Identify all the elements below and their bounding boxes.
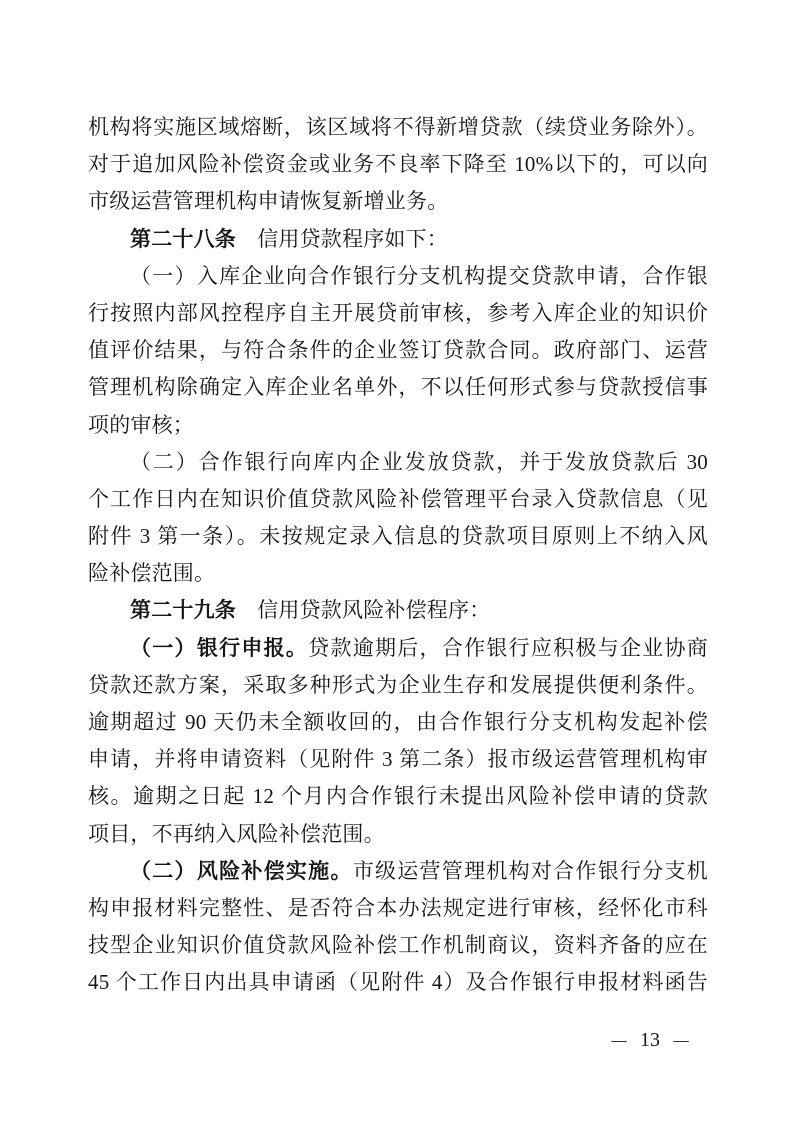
document-line: 构申报材料完整性、是否符合本办法规定进行审核，经怀化市科 bbox=[88, 890, 708, 927]
line-text: 信用贷款程序如下： bbox=[236, 227, 448, 251]
line-text: 45 个工作日内出具申请函（见附件 4）及合作银行申报材料函告 bbox=[88, 970, 708, 994]
article-heading-line: 第二十八条 信用贷款程序如下： bbox=[88, 221, 708, 258]
document-line: 技型企业知识价值贷款风险补偿工作机制商议，资料齐备的应在 bbox=[88, 927, 708, 964]
line-text: 逾期超过 90 天仍未全额收回的，由合作银行分支机构发起补偿 bbox=[88, 710, 708, 734]
document-line: 项目，不再纳入风险补偿范围。 bbox=[88, 816, 708, 853]
line-text: 核。逾期之日起 12 个月内合作银行未提出风险补偿申请的贷款 bbox=[88, 784, 708, 808]
document-line: （一）银行申报。贷款逾期后，合作银行应积极与企业协商 bbox=[88, 630, 708, 667]
document-line: 险补偿范围。 bbox=[88, 555, 708, 592]
document-line: 逾期超过 90 天仍未全额收回的，由合作银行分支机构发起补偿 bbox=[88, 704, 708, 741]
document-line: 对于追加风险补偿资金或业务不良率下降至 10%以下的，可以向 bbox=[88, 146, 708, 183]
line-text: 贷款还款方案，采取多种形式为企业生存和发展提供便利条件。 bbox=[88, 673, 708, 697]
document-line: 贷款还款方案，采取多种形式为企业生存和发展提供便利条件。 bbox=[88, 667, 708, 704]
line-text: 技型企业知识价值贷款风险补偿工作机制商议，资料齐备的应在 bbox=[88, 933, 708, 957]
line-text: 项的审核； bbox=[88, 413, 194, 437]
line-text: 市级运营管理机构对合作银行分支机 bbox=[353, 859, 708, 883]
document-body: 机构将实施区域熔断，该区域将不得新增贷款（续贷业务除外）。对于追加风险补偿资金或… bbox=[88, 109, 708, 1002]
line-text: 管理机构除确定入库企业名单外，不以任何形式参与贷款授信事 bbox=[88, 375, 708, 399]
document-line: 核。逾期之日起 12 个月内合作银行未提出风险补偿申请的贷款 bbox=[88, 778, 708, 815]
line-text: 机构将实施区域熔断，该区域将不得新增贷款（续贷业务除外）。 bbox=[88, 115, 708, 139]
document-line: 个工作日内在知识价值贷款风险补偿管理平台录入贷款信息（见 bbox=[88, 481, 708, 518]
document-line: 管理机构除确定入库企业名单外，不以任何形式参与贷款授信事 bbox=[88, 369, 708, 406]
line-text: 值评价结果，与符合条件的企业签订贷款合同。政府部门、运营 bbox=[88, 338, 708, 362]
document-line: 机构将实施区域熔断，该区域将不得新增贷款（续贷业务除外）。 bbox=[88, 109, 708, 146]
line-text: 构申报材料完整性、是否符合本办法规定进行审核，经怀化市科 bbox=[88, 896, 708, 920]
line-text: 对于追加风险补偿资金或业务不良率下降至 10%以下的，可以向 bbox=[88, 152, 708, 176]
footer-dash-left: — bbox=[611, 1026, 626, 1054]
document-line: 市级运营管理机构申请恢复新增业务。 bbox=[88, 183, 708, 220]
line-text: （二）合作银行向库内企业发放贷款，并于发放贷款后 30 bbox=[130, 450, 708, 474]
line-text: 行按照内部风控程序自主开展贷前审核，参考入库企业的知识价 bbox=[88, 301, 708, 325]
line-text: （一）入库企业向合作银行分支机构提交贷款申请，合作银 bbox=[130, 264, 708, 288]
document-line: （二）风险补偿实施。市级运营管理机构对合作银行分支机 bbox=[88, 853, 708, 890]
article-heading-line: 第二十九条 信用贷款风险补偿程序： bbox=[88, 592, 708, 629]
bold-lead-in: （二）风险补偿实施。 bbox=[130, 859, 353, 883]
document-page: 机构将实施区域熔断，该区域将不得新增贷款（续贷业务除外）。对于追加风险补偿资金或… bbox=[0, 0, 793, 1122]
line-text: 险补偿范围。 bbox=[88, 561, 215, 585]
page-number: 13 bbox=[640, 1026, 660, 1054]
line-text: 申请，并将申请资料（见附件 3 第二条）报市级运营管理机构审 bbox=[88, 747, 708, 771]
article-number: 第二十八条 bbox=[130, 227, 236, 251]
document-line: （二）合作银行向库内企业发放贷款，并于发放贷款后 30 bbox=[88, 444, 708, 481]
document-line: 45 个工作日内出具申请函（见附件 4）及合作银行申报材料函告 bbox=[88, 964, 708, 1001]
line-text: 信用贷款风险补偿程序： bbox=[236, 598, 490, 622]
line-text: 附件 3 第一条）。未按规定录入信息的贷款项目原则上不纳入风 bbox=[88, 524, 708, 548]
document-line: 申请，并将申请资料（见附件 3 第二条）报市级运营管理机构审 bbox=[88, 741, 708, 778]
document-line: 值评价结果，与符合条件的企业签订贷款合同。政府部门、运营 bbox=[88, 332, 708, 369]
line-text: 项目，不再纳入风险补偿范围。 bbox=[88, 822, 385, 846]
document-line: 附件 3 第一条）。未按规定录入信息的贷款项目原则上不纳入风 bbox=[88, 518, 708, 555]
document-line: 行按照内部风控程序自主开展贷前审核，参考入库企业的知识价 bbox=[88, 295, 708, 332]
footer-dash-right: — bbox=[673, 1026, 688, 1054]
line-text: 个工作日内在知识价值贷款风险补偿管理平台录入贷款信息（见 bbox=[88, 487, 708, 511]
line-text: 贷款逾期后，合作银行应积极与企业协商 bbox=[308, 636, 708, 660]
line-text: 市级运营管理机构申请恢复新增业务。 bbox=[88, 189, 448, 213]
bold-lead-in: （一）银行申报。 bbox=[130, 636, 308, 660]
document-line: （一）入库企业向合作银行分支机构提交贷款申请，合作银 bbox=[88, 258, 708, 295]
page-footer: — 13 — bbox=[610, 1026, 690, 1054]
article-number: 第二十九条 bbox=[130, 598, 236, 622]
document-line: 项的审核； bbox=[88, 407, 708, 444]
